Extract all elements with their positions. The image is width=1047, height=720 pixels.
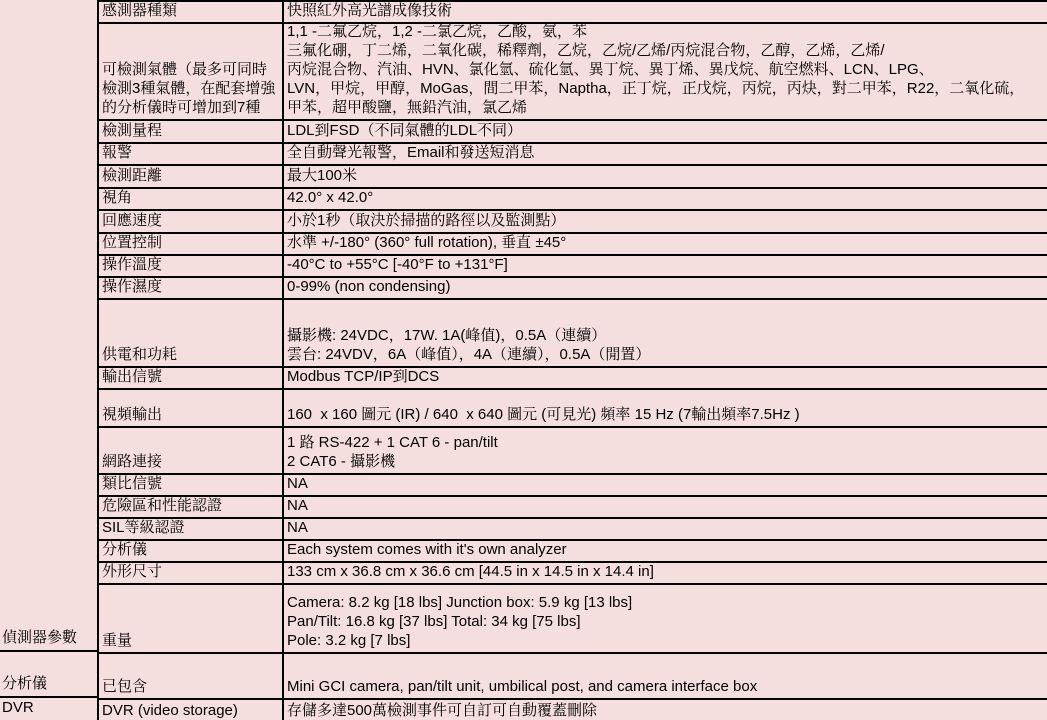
value-cell[interactable]: 水準 +/-180° (360° full rotation), 垂直 ±45°	[284, 234, 1047, 254]
spec-row: 回應速度小於1秒（取決於掃描的路徑以及監測點）	[99, 211, 1047, 234]
param-cell[interactable]: 可檢測氣體（最多可同時 檢測3種氣體，在配套增強 的分析儀時可增加到7種	[99, 24, 284, 119]
param-cell[interactable]: 感測器種類	[99, 2, 284, 22]
spec-row: DVR (video storage)存儲多達500萬檢測事件可自訂可自動覆蓋刪…	[99, 700, 1047, 720]
param-cell[interactable]: SIL等級認證	[99, 519, 284, 539]
spec-row: 供電和功耗攝影機: 24VDC，17W. 1A(峰值)，0.5A（連續） 雲台:…	[99, 300, 1047, 368]
value-cell[interactable]: 全自動聲光報警，Email和發送短消息	[284, 144, 1047, 164]
spec-row: 外形尺寸133 cm x 36.8 cm x 36.6 cm [44.5 in …	[99, 563, 1047, 585]
value-cell[interactable]: 42.0° x 42.0°	[284, 189, 1047, 209]
param-cell[interactable]: 輸出信號	[99, 368, 284, 388]
param-cell[interactable]: 網路連接	[99, 428, 284, 473]
spec-row: 已包含Mini GCI camera, pan/tilt unit, umbil…	[99, 654, 1047, 700]
spec-row: 操作濕度0-99% (non condensing)	[99, 278, 1047, 300]
value-cell[interactable]: 攝影機: 24VDC，17W. 1A(峰值)，0.5A（連續） 雲台: 24VD…	[284, 300, 1047, 366]
spec-row: 感測器種類快照紅外高光譜成像技術	[99, 2, 1047, 24]
value-cell[interactable]: Camera: 8.2 kg [18 lbs] Junction box: 5.…	[284, 585, 1047, 652]
spec-row: 分析儀Each system comes with it's own analy…	[99, 541, 1047, 563]
value-cell[interactable]: -40°C to +55°C [-40°F to +131°F]	[284, 256, 1047, 276]
param-cell[interactable]: DVR (video storage)	[99, 700, 284, 720]
param-cell[interactable]: 視頻輸出	[99, 390, 284, 426]
value-cell[interactable]: NA	[284, 497, 1047, 517]
category-column: 偵測器參數分析儀DVR	[0, 0, 97, 720]
param-cell[interactable]: 檢測距離	[99, 166, 284, 187]
spec-row: 類比信號NA	[99, 475, 1047, 497]
param-cell[interactable]: 操作溫度	[99, 256, 284, 276]
spec-row: 危險區和性能認證NA	[99, 497, 1047, 519]
param-cell[interactable]: 重量	[99, 585, 284, 652]
param-cell[interactable]: 視角	[99, 189, 284, 209]
value-cell[interactable]: Modbus TCP/IP到DCS	[284, 368, 1047, 388]
param-cell[interactable]: 危險區和性能認證	[99, 497, 284, 517]
spec-row: 視頻輸出160 x 160 圖元 (IR) / 640 x 640 圖元 (可見…	[99, 390, 1047, 428]
spec-row: 輸出信號Modbus TCP/IP到DCS	[99, 368, 1047, 390]
param-cell[interactable]: 操作濕度	[99, 278, 284, 298]
param-cell[interactable]: 回應速度	[99, 211, 284, 232]
spec-row: 檢測量程LDL到FSD（不同氣體的LDL不同）	[99, 121, 1047, 144]
value-cell[interactable]: 0-99% (non condensing)	[284, 278, 1047, 298]
value-cell[interactable]: 存儲多達500萬檢測事件可自訂可自動覆蓋刪除	[284, 700, 1047, 720]
value-cell[interactable]: 160 x 160 圖元 (IR) / 640 x 640 圖元 (可見光) 頻…	[284, 390, 1047, 426]
value-cell[interactable]: Each system comes with it's own analyzer	[284, 541, 1047, 561]
value-cell[interactable]: 快照紅外高光譜成像技術	[284, 2, 1047, 22]
category-cell[interactable]: 偵測器參數	[0, 0, 97, 652]
spec-row: 可檢測氣體（最多可同時 檢測3種氣體，在配套增強 的分析儀時可增加到7種1,1 …	[99, 24, 1047, 121]
value-cell[interactable]: NA	[284, 519, 1047, 539]
category-cell[interactable]: DVR	[0, 698, 97, 720]
param-cell[interactable]: 外形尺寸	[99, 563, 284, 583]
category-cell[interactable]: 分析儀	[0, 652, 97, 698]
param-cell[interactable]: 位置控制	[99, 234, 284, 254]
value-cell[interactable]: LDL到FSD（不同氣體的LDL不同）	[284, 121, 1047, 142]
spec-row: 位置控制水準 +/-180° (360° full rotation), 垂直 …	[99, 234, 1047, 256]
spec-table: 感測器種類快照紅外高光譜成像技術可檢測氣體（最多可同時 檢測3種氣體，在配套增強…	[97, 0, 1047, 720]
spec-row: 報警全自動聲光報警，Email和發送短消息	[99, 144, 1047, 166]
value-cell[interactable]: 1,1 -二氟乙烷，1,2 -二氯乙烷，乙酸，氨，苯 三氟化硼，丁二烯，二氧化碳…	[284, 24, 1047, 119]
spec-row: 重量Camera: 8.2 kg [18 lbs] Junction box: …	[99, 585, 1047, 654]
value-cell[interactable]: Mini GCI camera, pan/tilt unit, umbilica…	[284, 654, 1047, 698]
value-cell[interactable]: 1 路 RS-422 + 1 CAT 6 - pan/tilt 2 CAT6 -…	[284, 428, 1047, 473]
spec-row: 檢測距離最大100米	[99, 166, 1047, 189]
spec-row: 視角42.0° x 42.0°	[99, 189, 1047, 211]
spec-row: 操作溫度-40°C to +55°C [-40°F to +131°F]	[99, 256, 1047, 278]
param-cell[interactable]: 已包含	[99, 654, 284, 698]
param-cell[interactable]: 報警	[99, 144, 284, 164]
spec-row: 網路連接1 路 RS-422 + 1 CAT 6 - pan/tilt 2 CA…	[99, 428, 1047, 475]
param-cell[interactable]: 檢測量程	[99, 121, 284, 142]
value-cell[interactable]: NA	[284, 475, 1047, 495]
value-cell[interactable]: 133 cm x 36.8 cm x 36.6 cm [44.5 in x 14…	[284, 563, 1047, 583]
param-cell[interactable]: 分析儀	[99, 541, 284, 561]
value-cell[interactable]: 小於1秒（取決於掃描的路徑以及監測點）	[284, 211, 1047, 232]
param-cell[interactable]: 供電和功耗	[99, 300, 284, 366]
param-cell[interactable]: 類比信號	[99, 475, 284, 495]
spec-row: SIL等級認證NA	[99, 519, 1047, 541]
value-cell[interactable]: 最大100米	[284, 166, 1047, 187]
spec-sheet: 偵測器參數分析儀DVR 感測器種類快照紅外高光譜成像技術可檢測氣體（最多可同時 …	[0, 0, 1047, 720]
